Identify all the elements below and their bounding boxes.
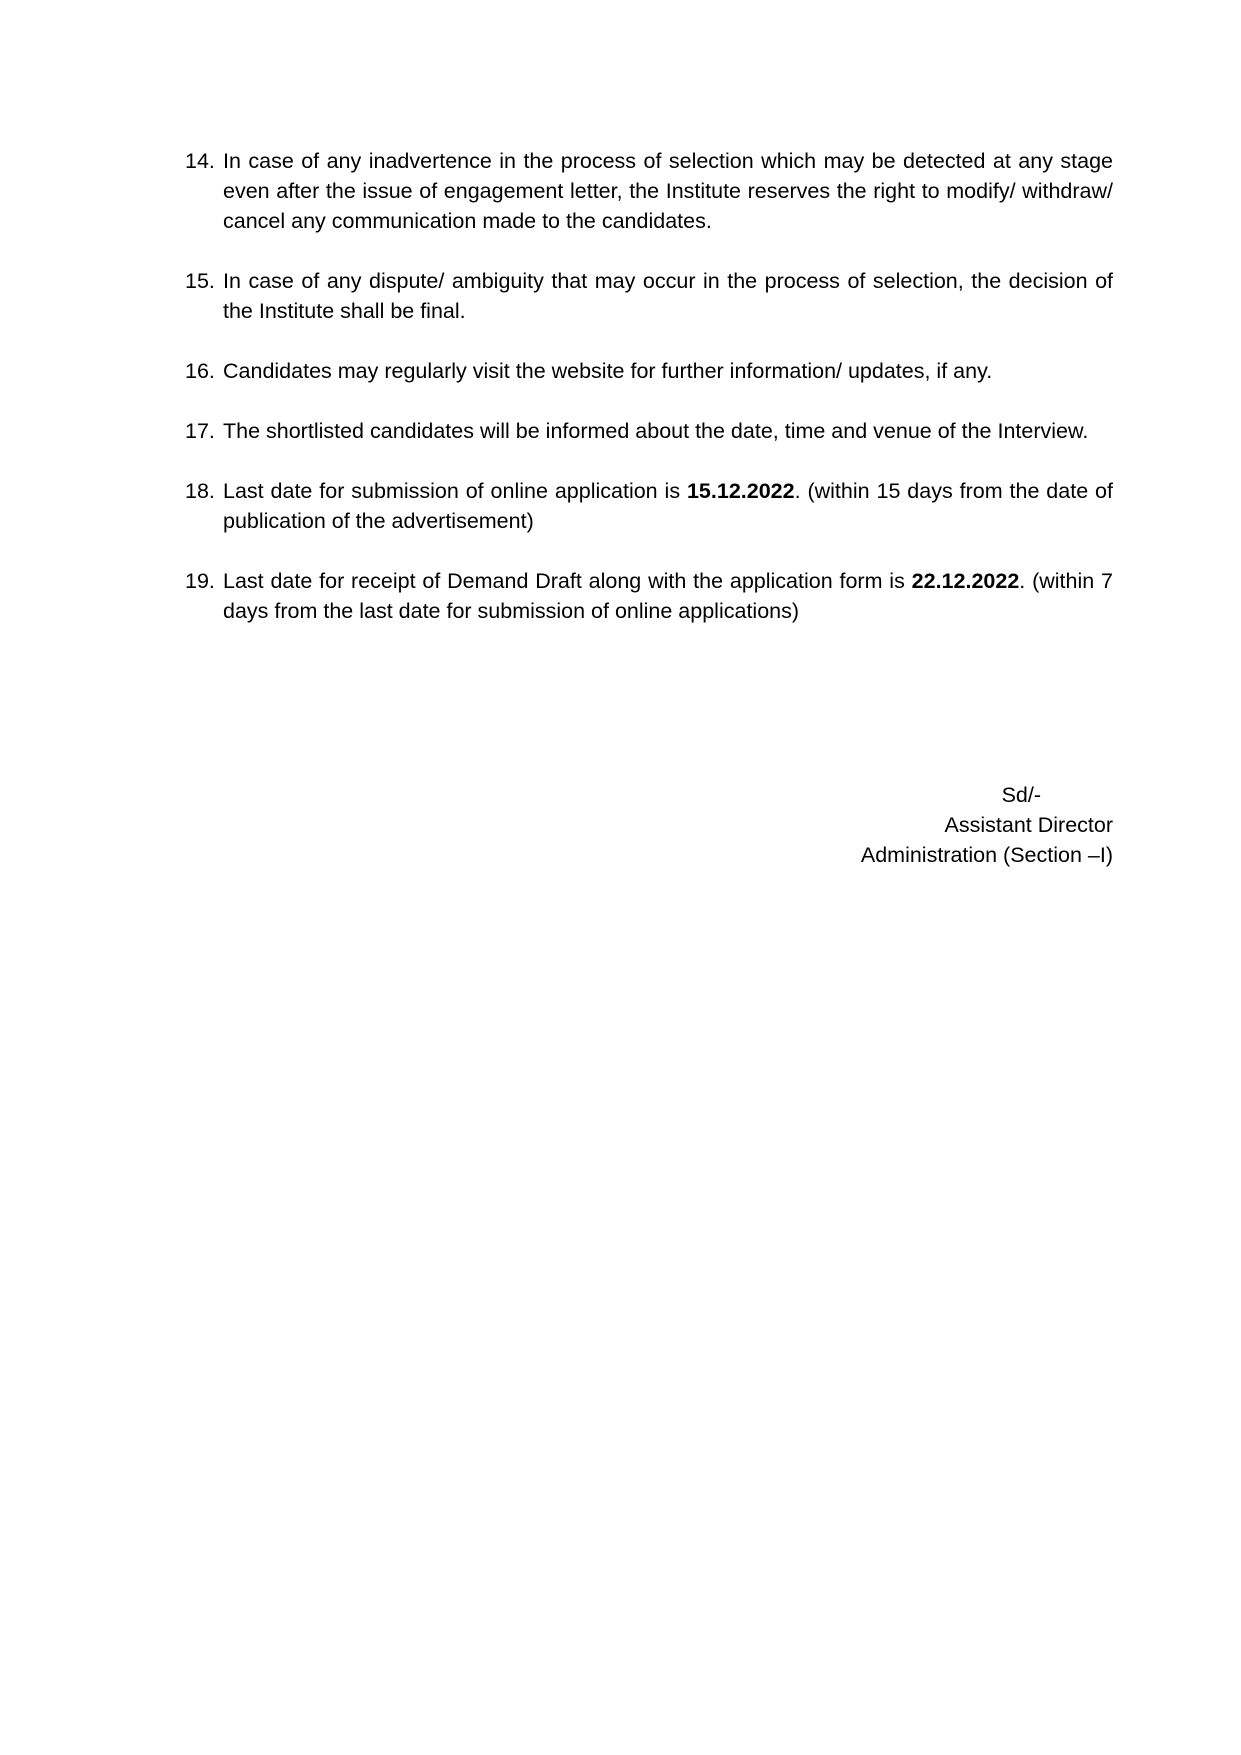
list-item: 17.The shortlisted candidates will be in… (185, 416, 1113, 446)
item-number: 15. (185, 266, 223, 326)
deadline-date: 15.12.2022 (687, 479, 795, 503)
item-text: The shortlisted candidates will be infor… (223, 416, 1113, 446)
deadline-date: 22.12.2022 (912, 569, 1020, 593)
item-number: 14. (185, 146, 223, 236)
signature-block: Sd/- Assistant Director Administration (… (861, 780, 1113, 870)
item-number: 18. (185, 476, 223, 536)
list-item: 15.In case of any dispute/ ambiguity tha… (185, 266, 1113, 326)
signature-designation: Assistant Director (861, 810, 1113, 840)
list-item: 18.Last date for submission of online ap… (185, 476, 1113, 536)
list-item: 16.Candidates may regularly visit the we… (185, 356, 1113, 386)
item-text: Last date for receipt of Demand Draft al… (223, 566, 1113, 626)
signature-office: Administration (Section –I) (861, 840, 1113, 870)
item-text: Candidates may regularly visit the websi… (223, 356, 1113, 386)
item-number: 16. (185, 356, 223, 386)
item-text: In case of any inadvertence in the proce… (223, 146, 1113, 236)
item-number: 19. (185, 566, 223, 626)
item-text: Last date for submission of online appli… (223, 476, 1113, 536)
signature-sd: Sd/- (861, 780, 1113, 810)
item-text: In case of any dispute/ ambiguity that m… (223, 266, 1113, 326)
list-item: 19.Last date for receipt of Demand Draft… (185, 566, 1113, 626)
instructions-list: 14.In case of any inadvertence in the pr… (185, 146, 1113, 656)
item-number: 17. (185, 416, 223, 446)
list-item: 14.In case of any inadvertence in the pr… (185, 146, 1113, 236)
